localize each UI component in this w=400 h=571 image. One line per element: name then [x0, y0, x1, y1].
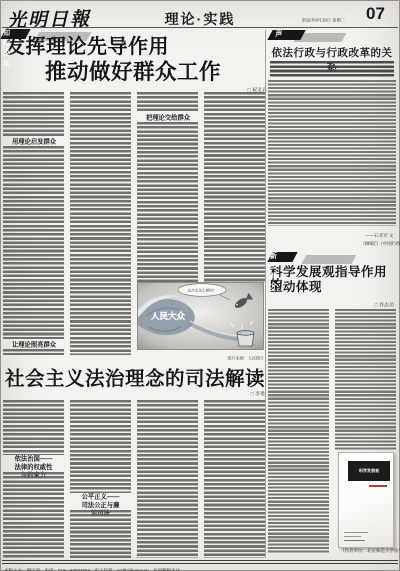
book-review-byline: □ 许志功 — [354, 298, 394, 306]
body-text-column: 科学发展观 理论学习读本 — [335, 309, 396, 553]
cartoon-image: 人民大众 这点水怎么 — [137, 282, 264, 350]
cartoon-caption: 图片来源：人民图片 — [163, 352, 264, 360]
law-article-columns: 依法治国——法律的权威性与约束力 公平正义——司法公正与廉洁司法 — [3, 400, 265, 558]
footer-info-line: 本版主办：理论部 电话：010—63671662 电子信箱：gmllbj@gmw… — [4, 564, 394, 571]
page-number: 07 — [366, 4, 385, 24]
tab-label: 声 音 — [275, 30, 292, 50]
wave-label-text: 人民大众 — [151, 311, 186, 321]
body-text-column: 用理论启发群众 让理论照亮群众 — [3, 92, 64, 355]
book-cover-title-block: 科学发展观 理论学习读本 — [348, 461, 390, 481]
body-text-block — [137, 122, 198, 282]
bucket-shape — [237, 331, 254, 346]
body-text-column — [204, 400, 265, 558]
lead-subhead-3: 让理论照亮群众 — [3, 339, 64, 348]
book-cover-title-line1: 科学发展观 — [359, 468, 379, 474]
law-byline: □ 李勇 — [229, 387, 265, 395]
body-text-block — [3, 349, 64, 355]
body-text-column — [137, 400, 198, 558]
left-region: 知行论坛 发挥理论先导作用 推动做好群众工作 □ 祝灵君 用理论启发群众 让理论… — [3, 28, 265, 558]
column-divider-rule — [265, 30, 266, 558]
lead-byline: □ 祝灵君 — [227, 83, 267, 91]
voice-attribution-author: ——石亚军 文 — [296, 229, 394, 237]
tab-label: 知行论坛 — [3, 29, 12, 69]
speech-bubble-text: 这点水怎么够用？ — [188, 288, 217, 293]
lead-headline-line1: 发挥理论先导作用 — [5, 37, 169, 58]
body-text-column — [70, 92, 131, 355]
issue-date: 2011年8月16日 星期二 — [302, 13, 366, 21]
tab-label: 新书评介 — [270, 252, 279, 292]
lead-headline-line2: 推动做好群众工作 — [45, 61, 221, 84]
cover-design-bar — [344, 540, 365, 542]
body-text-block — [3, 92, 64, 136]
body-text-column — [268, 309, 329, 553]
body-text-block — [3, 472, 64, 558]
body-text-block — [70, 400, 131, 493]
law-headline: 社会主义法治理念的司法解读 — [5, 369, 265, 389]
body-text-block — [137, 92, 198, 112]
body-text-block — [3, 146, 64, 339]
body-text-block — [204, 92, 265, 282]
body-text-block — [3, 400, 64, 455]
body-text-block — [268, 309, 329, 553]
cover-design-bar — [344, 532, 368, 534]
body-text-block — [335, 309, 396, 450]
body-text-column: 依法治国——法律的权威性与约束力 — [3, 400, 64, 558]
law-subhead-2: 公平正义——司法公正与廉洁司法 — [70, 493, 131, 509]
body-text-column — [204, 92, 265, 282]
cover-design-bar — [369, 485, 387, 487]
body-text-column: 把理论交给群众 — [137, 92, 198, 282]
newspaper-page: 光明日報 理论·实践 2011年8月16日 星期二 07 知行论坛 发挥理论先导… — [0, 0, 400, 571]
voice-body-text — [268, 80, 396, 226]
book-review-columns: 科学发展观 理论学习读本 — [268, 309, 396, 553]
cartoon-drawing: 人民大众 这点水怎么 — [138, 283, 263, 349]
body-text-column: 公平正义——司法公正与廉洁司法 — [70, 400, 131, 558]
lead-subhead-1: 用理论启发群众 — [3, 136, 64, 145]
cover-design-bar — [344, 536, 361, 538]
body-text-block — [204, 400, 265, 558]
right-region: 声 音 依法行政与行政改革的关系 ——石亚军 文 （摘编自《中国行政管理》201… — [268, 28, 396, 558]
voice-lead-paragraph — [270, 61, 394, 77]
voice-attribution-source: （摘编自《中国行政管理》2011年第7期） — [276, 237, 394, 245]
book-review-end-note: （作者单位：北京师范大学法学院） — [268, 544, 338, 552]
lead-subhead-2: 把理论交给群众 — [137, 112, 198, 121]
body-text-block — [70, 510, 131, 558]
body-text-block — [70, 92, 131, 355]
book-cover-image: 科学发展观 理论学习读本 — [338, 452, 394, 548]
tab-shadow-shape — [302, 255, 357, 264]
body-text-block — [137, 400, 198, 558]
law-subhead-1: 依法治国——法律的权威性与约束力 — [3, 455, 64, 471]
